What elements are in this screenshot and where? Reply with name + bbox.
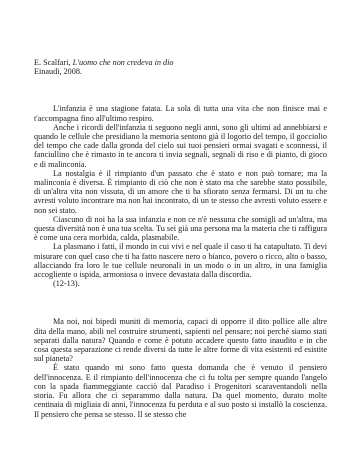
citation: E. Scalfari, L'uomo che non credeva in d… [34,58,327,76]
citation-line: E. Scalfari, L'uomo che non credeva in d… [34,58,327,67]
citation-author: E. Scalfari, [34,58,73,67]
publisher-line: Einaudi, 2008. [34,67,327,76]
page-content: E. Scalfari, L'uomo che non credeva in d… [34,58,327,419]
document-page: E. Scalfari, L'uomo che non credeva in d… [0,0,360,466]
paragraph: Anche i ricordi dell'infanzia ti seguono… [34,123,327,169]
paragraph: Ma noi, noi bipedi muniti di memoria, ca… [34,317,327,363]
page-reference: (12-13). [34,279,327,288]
paragraph: Ciascuno di noi ha la sua infanzia e non… [34,215,327,243]
book-title: L'uomo che non credeva in dio [73,58,174,67]
paragraph: La nostalgia è il rimpianto d'un passato… [34,169,327,215]
excerpt-block-2: Ma noi, noi bipedi muniti di memoria, ca… [34,317,327,418]
paragraph: È stato quando mi sono fatto questa doma… [34,363,327,418]
paragraph: La plasmano i fatti, il mondo in cui viv… [34,242,327,279]
paragraph: L'infanzia è una stagione fatata. La sol… [34,104,327,122]
excerpt-block-1: L'infanzia è una stagione fatata. La sol… [34,104,327,288]
